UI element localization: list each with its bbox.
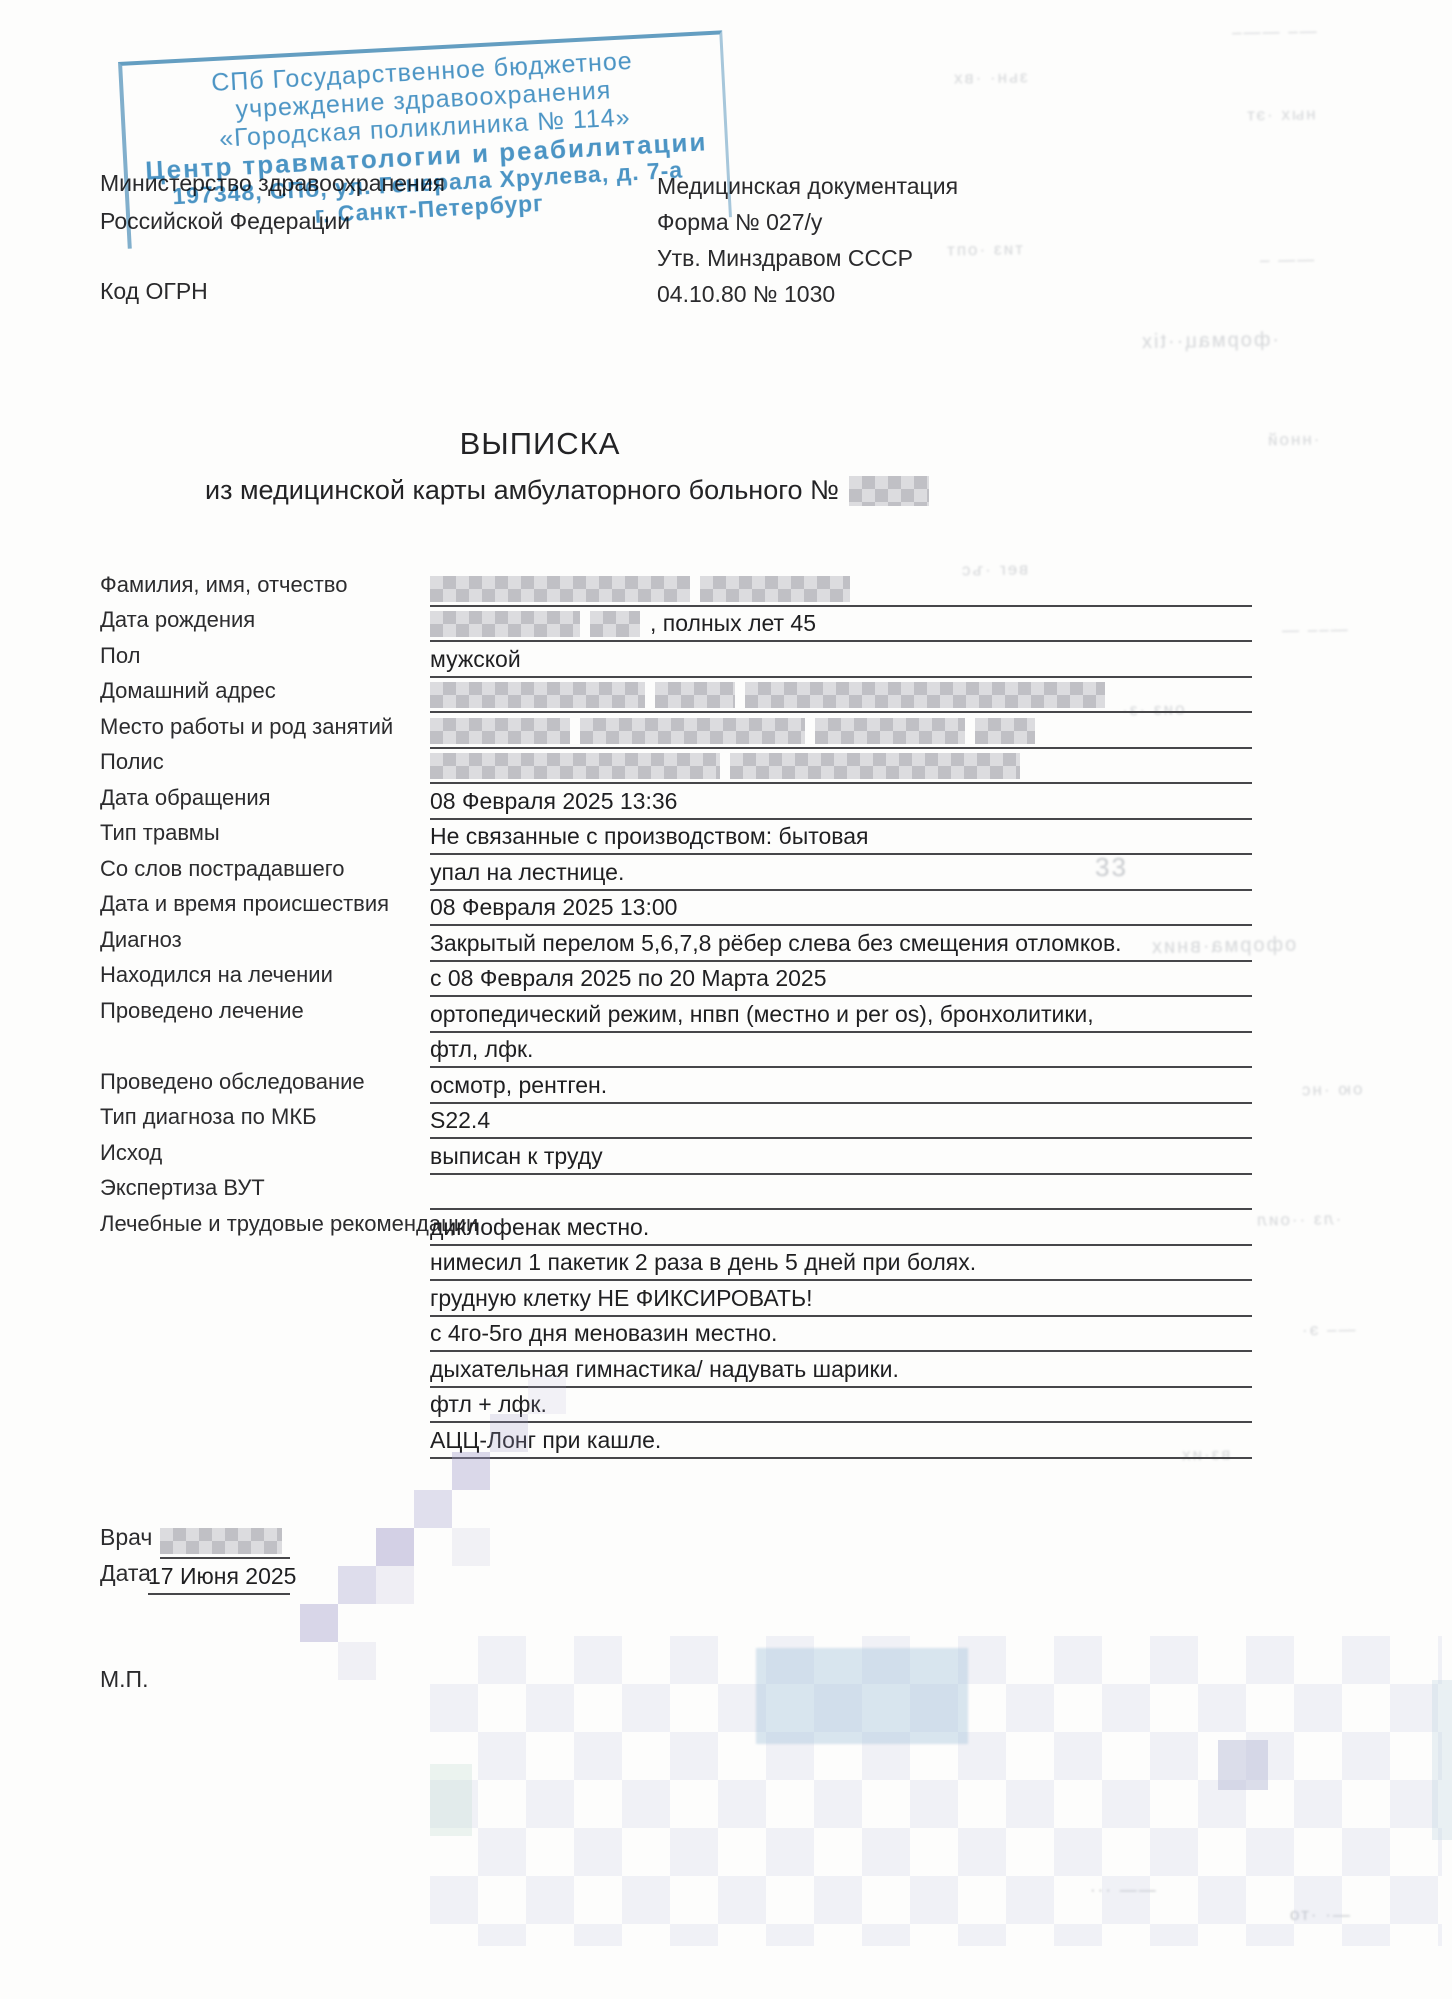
redacted-signature-mosaic bbox=[338, 1642, 376, 1680]
redacted-polis bbox=[730, 753, 1020, 779]
date-value: 17 Июня 2025 bbox=[148, 1563, 296, 1590]
redacted-birthdate bbox=[430, 611, 580, 637]
field-value-recommendations-line4: с 4го-5го дня меновазин местно. bbox=[430, 1314, 1252, 1352]
redacted-stamp-mosaic-blue bbox=[756, 1648, 968, 1744]
bleed-through-artifact: ·нной bbox=[1266, 430, 1320, 451]
redacted-birthdate bbox=[590, 611, 640, 637]
field-label-icd-code: Тип диагноза по МКБ bbox=[100, 1104, 317, 1130]
field-value-sex: мужской bbox=[430, 640, 1252, 678]
field-value-recommendations-line2: нимесил 1 пакетик 2 раза в день 5 дней п… bbox=[430, 1243, 1252, 1281]
field-value-vut-expertise bbox=[430, 1172, 1252, 1210]
doctor-signature-line bbox=[160, 1521, 290, 1559]
field-value-text: с 4го-5го дня меновазин местно. bbox=[430, 1320, 777, 1347]
field-value-recommendations-line7: АЦЦ-Лонг при кашле. bbox=[430, 1421, 1252, 1459]
field-label-incident-datetime: Дата и время происшествия bbox=[100, 891, 389, 917]
field-value-victim-words: упал на лестнице. bbox=[430, 853, 1252, 891]
field-value-diagnosis: Закрытый перелом 5,6,7,8 рёбер слева без… bbox=[430, 924, 1252, 962]
field-value-work bbox=[430, 711, 1252, 749]
field-value-fio bbox=[430, 569, 1252, 607]
field-value-text: грудную клетку НЕ ФИКСИРОВАТЬ! bbox=[430, 1285, 812, 1312]
field-label-recommendations: Лечебные и трудовые рекомендации bbox=[100, 1211, 478, 1237]
field-value-text: выписан к труду bbox=[430, 1143, 603, 1170]
field-value-text: нимесил 1 пакетик 2 раза в день 5 дней п… bbox=[430, 1249, 976, 1276]
seal-place-label: М.П. bbox=[100, 1666, 148, 1693]
redacted-signature-mosaic bbox=[376, 1566, 414, 1604]
field-value-recommendations-line1: диклофенак местно. bbox=[430, 1208, 1252, 1246]
document-subtitle-text: из медицинской карты амбулаторного больн… bbox=[205, 475, 839, 506]
redacted-signature-mosaic bbox=[452, 1452, 490, 1490]
field-label-examination: Проведено обследование bbox=[100, 1069, 365, 1095]
document-subtitle: из медицинской карты амбулаторного больн… bbox=[205, 475, 929, 506]
field-value-text: Не связанные с производством: бытовая bbox=[430, 823, 869, 850]
redacted-signature-mosaic bbox=[452, 1528, 490, 1566]
redacted-doctor-name bbox=[160, 1528, 282, 1554]
field-value-incident-datetime: 08 Февраля 2025 13:00 bbox=[430, 888, 1252, 926]
field-value-examination: осмотр, рентген. bbox=[430, 1066, 1252, 1104]
bleed-through-artifact: —– ——– bbox=[1230, 21, 1317, 43]
field-value-text: с 08 Февраля 2025 по 20 Марта 2025 bbox=[430, 965, 827, 992]
field-value-text: Закрытый перелом 5,6,7,8 рёбер слева без… bbox=[430, 930, 1122, 957]
field-value-text: S22.4 bbox=[430, 1107, 490, 1134]
redacted-address bbox=[655, 682, 735, 708]
redacted-stamp-mosaic-cell bbox=[430, 1764, 472, 1836]
redacted-address bbox=[745, 682, 1105, 708]
bleed-through-artifact: зьн· ·вх bbox=[952, 67, 1028, 88]
field-value-outcome: выписан к труду bbox=[430, 1137, 1252, 1175]
field-value-polis bbox=[430, 746, 1252, 784]
date-line: 17 Июня 2025 bbox=[148, 1557, 290, 1595]
bleed-through-artifact: —–– — bbox=[1280, 619, 1348, 640]
field-value-text: диклофенак местно. bbox=[430, 1214, 649, 1241]
field-value-treatment-line2: фтл, лфк. bbox=[430, 1030, 1252, 1068]
redacted-signature-mosaic bbox=[376, 1528, 414, 1566]
field-value-recommendations-line3: грудную клетку НЕ ФИКСИРОВАТЬ! bbox=[430, 1279, 1252, 1317]
field-value-text: 08 Февраля 2025 13:00 bbox=[430, 894, 677, 921]
field-label-address: Домашний адрес bbox=[100, 678, 276, 704]
redacted-fio bbox=[700, 576, 850, 602]
field-value-birthdate: , полных лет 45 bbox=[430, 604, 1252, 642]
form-info-line: Утв. Минздравом СССР bbox=[657, 240, 958, 276]
field-label-fio: Фамилия, имя, отчество bbox=[100, 572, 347, 598]
bleed-through-artifact: ою ·нс bbox=[1300, 1079, 1363, 1100]
field-value-text: 08 Февраля 2025 13:36 bbox=[430, 788, 677, 815]
redacted-work bbox=[975, 718, 1035, 744]
field-value-text: АЦЦ-Лонг при кашле. bbox=[430, 1427, 661, 1454]
field-label-birthdate: Дата рождения bbox=[100, 607, 255, 633]
field-value-text: фтл, лфк. bbox=[430, 1036, 533, 1063]
field-label-outcome: Исход bbox=[100, 1140, 162, 1166]
age-text: , полных лет 45 bbox=[650, 610, 816, 637]
field-value-text: дыхательная гимнастика/ надувать шарики. bbox=[430, 1356, 899, 1383]
field-label-polis: Полис bbox=[100, 749, 164, 775]
field-label-sex: Пол bbox=[100, 643, 140, 669]
form-info-line: 04.10.80 № 1030 bbox=[657, 276, 958, 312]
redacted-signature-mosaic bbox=[414, 1490, 452, 1528]
ogrn-code-label: Код ОГРН bbox=[100, 278, 208, 305]
field-value-treatment-line1: ортопедический режим, нпвп (местно и per… bbox=[430, 995, 1252, 1033]
bleed-through-artifact: ·лз ··оил bbox=[1255, 1209, 1342, 1231]
redacted-fio bbox=[430, 576, 690, 602]
field-label-injury-type: Тип травмы bbox=[100, 820, 220, 846]
redacted-address bbox=[430, 682, 645, 708]
bleed-through-artifact: ных ·эт bbox=[1245, 104, 1316, 125]
redacted-work bbox=[815, 718, 965, 744]
bleed-through-artifact: ·формац··tix bbox=[1140, 329, 1279, 354]
field-label-work: Место работы и род занятий bbox=[100, 714, 393, 740]
redacted-stamp-mosaic-cell bbox=[1218, 1740, 1268, 1790]
redacted-polis bbox=[430, 753, 720, 779]
field-value-visit-date: 08 Февраля 2025 13:36 bbox=[430, 782, 1252, 820]
field-value-treatment-period: с 08 Февраля 2025 по 20 Марта 2025 bbox=[430, 959, 1252, 997]
redacted-signature-mosaic bbox=[338, 1566, 376, 1604]
bleed-through-artifact: —– э· bbox=[1300, 1320, 1356, 1341]
field-value-address bbox=[430, 675, 1252, 713]
field-value-text: ортопедический режим, нпвп (местно и per… bbox=[430, 1001, 1094, 1028]
clinic-stamp: СПб Государственное бюджетное учреждение… bbox=[118, 30, 732, 248]
field-value-text: осмотр, рентген. bbox=[430, 1072, 607, 1099]
document-title: ВЫПИСКА bbox=[0, 426, 1080, 462]
field-label-visit-date: Дата обращения bbox=[100, 785, 271, 811]
field-label-treatment-period: Находился на лечении bbox=[100, 962, 333, 988]
redacted-signature-mosaic bbox=[490, 1414, 528, 1452]
redacted-signature-mosaic bbox=[300, 1604, 338, 1642]
doctor-label: Врач bbox=[100, 1524, 152, 1551]
bleed-through-artifact: —— – bbox=[1258, 250, 1315, 271]
scanned-medical-extract-page: —– ——– зьн· ·вх ных ·эт ·формац··tix —— … bbox=[0, 0, 1452, 1999]
field-value-text: мужской bbox=[430, 646, 521, 673]
redacted-stamp-mosaic-cell bbox=[1432, 1680, 1452, 1840]
field-label-treatment: Проведено лечение bbox=[100, 998, 304, 1024]
field-value-icd-code: S22.4 bbox=[430, 1101, 1252, 1139]
field-label-vut-expertise: Экспертиза ВУТ bbox=[100, 1175, 265, 1201]
field-label-diagnosis: Диагноз bbox=[100, 927, 182, 953]
field-value-injury-type: Не связанные с производством: бытовая bbox=[430, 817, 1252, 855]
redacted-work bbox=[430, 718, 570, 744]
date-label: Дата bbox=[100, 1560, 151, 1587]
redacted-work bbox=[580, 718, 805, 744]
redacted-signature-mosaic bbox=[528, 1376, 566, 1414]
field-value-text: упал на лестнице. bbox=[430, 859, 624, 886]
redacted-card-number bbox=[849, 476, 929, 506]
field-label-victim-words: Со слов пострадавшего bbox=[100, 856, 344, 882]
